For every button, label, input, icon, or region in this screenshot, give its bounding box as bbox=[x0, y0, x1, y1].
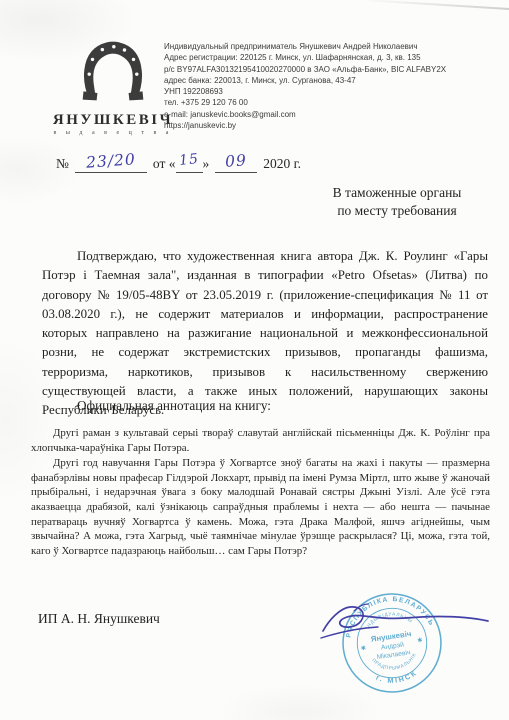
scanned-letter-page: ЯНУШКЕВІЧ в ы д а в е ц т в а Индивидуал… bbox=[0, 0, 509, 720]
header-line-address: Адрес регистрации: 220125 г. Минск, ул. … bbox=[164, 52, 504, 63]
header-line-bank: адрес банка: 220013, г. Минск, ул. Сурга… bbox=[164, 75, 504, 86]
doc-day-blank: 15 bbox=[176, 150, 203, 173]
header-line-website: https://januskevic.by bbox=[164, 120, 504, 131]
header-line-account: р/с BY97ALFA30132195410020270000 в ЗАО «… bbox=[164, 64, 504, 75]
scan-artifact-line bbox=[359, 0, 509, 9]
horseshoe-icon bbox=[71, 34, 155, 116]
addressee-block: В таможенные органы по месту требования bbox=[298, 184, 496, 219]
header-line-email: e-mail: januskevic.books@gmail.com bbox=[164, 109, 504, 120]
signer-name: ИП А. Н. Янушкевич bbox=[38, 611, 160, 627]
annotation-heading: Официальная аннотация на книгу: bbox=[42, 398, 488, 414]
doc-year-label: 2020 г. bbox=[263, 156, 301, 173]
doc-date-from-label: от « bbox=[153, 156, 176, 173]
doc-number-blank: 23/20 bbox=[75, 150, 147, 173]
annotation-block: Другі раман з культавай серыі твораў сла… bbox=[31, 426, 490, 559]
doc-number-row: № 23/20 от « 15 » 09 2020 г. bbox=[56, 149, 301, 173]
doc-number-label: № bbox=[56, 156, 69, 173]
publisher-logo: ЯНУШКЕВІЧ в ы д а в е ц т в а bbox=[52, 34, 174, 136]
header-line-phone: тел. +375 29 120 76 00 bbox=[164, 97, 504, 108]
annotation-paragraph-1: Другі раман з культавай серыі твораў сла… bbox=[31, 426, 490, 455]
header-line-unp: УНП 192208693 bbox=[164, 86, 504, 97]
confirmation-paragraph: Подтверждаю, что художественная книга ав… bbox=[42, 247, 488, 421]
addressee-line2: по месту требования bbox=[298, 202, 496, 220]
logo-subtitle: в ы д а в е ц т в а bbox=[52, 130, 174, 136]
header-contact-block: Индивидуальный предприниматель Янушкевич… bbox=[164, 41, 504, 131]
handwritten-signature bbox=[320, 598, 492, 650]
doc-month-handwritten: 09 bbox=[225, 151, 248, 170]
stamp-ring-bottom-text: г. МІНСК bbox=[374, 668, 420, 688]
doc-date-close-quote: » bbox=[203, 156, 210, 173]
addressee-line1: В таможенные органы bbox=[298, 184, 496, 202]
header-line-owner: Индивидуальный предприниматель Янушкевич… bbox=[164, 41, 504, 52]
doc-month-blank: 09 bbox=[215, 150, 257, 173]
doc-number-handwritten: 23/20 bbox=[86, 150, 137, 171]
doc-day-handwritten: 15 bbox=[179, 151, 200, 169]
annotation-paragraph-2: Другі год навучання Гары Потэра ў Хогвар… bbox=[31, 456, 490, 558]
logo-title: ЯНУШКЕВІЧ bbox=[52, 112, 174, 129]
